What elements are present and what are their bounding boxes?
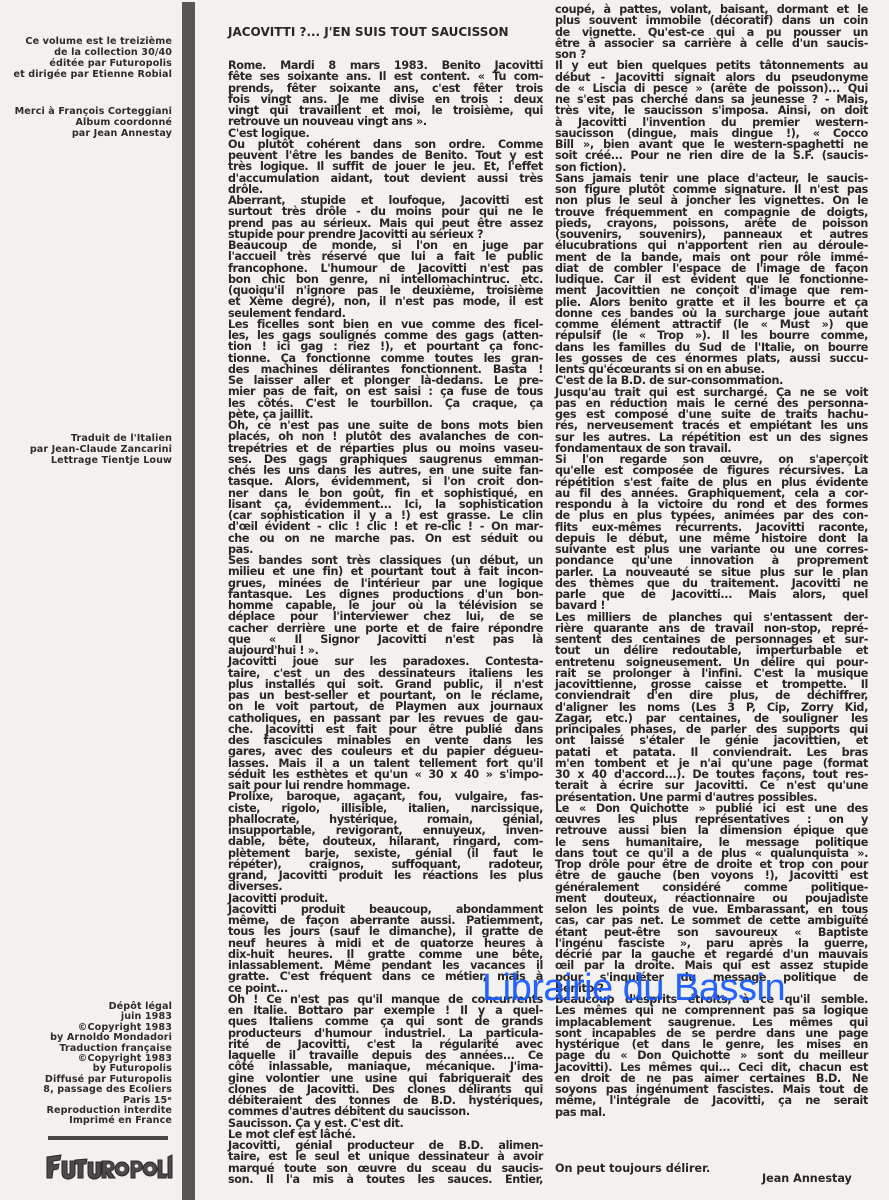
text-line: d'accumulation aidant, tout devient auss… (228, 173, 543, 184)
text-line: cas, car pas net. Le sommet de cette amb… (555, 915, 868, 926)
text-line: côté inlassable, maniaque, mécanique. J'… (228, 1061, 543, 1072)
text-line: bavard ! (555, 600, 868, 611)
text-line: être à associer sa carrière à celle d'un… (555, 38, 868, 49)
article-headline: JACOVITTI ?... J'EN SUIS TOUT SAUCISSON (228, 25, 509, 39)
text-line: terait à écrire sur Jacovitti. Ce n'est … (555, 780, 868, 791)
text-line: même, l'intégrale de Jacovitti, ça ne se… (555, 1095, 868, 1106)
text-line: retrouve un nouveau vingt ans ». (228, 116, 543, 127)
colophon-line: Imprimé en France (0, 1116, 172, 1126)
text-line: son. Il l'a mis à toutes les sauces. Ent… (228, 1174, 543, 1185)
text-line: ont laissé s'étaler le génie jacovittien… (555, 735, 868, 746)
text-line: surtout très drôle - du moins pour qui n… (228, 206, 543, 217)
vertical-rule (182, 2, 195, 1200)
author-signature: Jean Annestay (762, 1172, 852, 1185)
watermark: Librairie du Bassin (482, 968, 785, 1008)
text-line: conviendrait d'en dire plus, de déchiffr… (555, 690, 868, 701)
text-line: page du « Don Quichotte » sont du meille… (555, 1050, 868, 1061)
text-line: répulsif (le « Trop »). Il les bourre co… (555, 330, 868, 341)
colophon-line: par Jean-Claude Zancarini (0, 444, 172, 455)
text-line: C'est de la B.D. de sur-consommation. (555, 375, 868, 386)
text-line: milieu et une fin) et pourtant tout à fa… (228, 566, 543, 577)
credits-note: Merci à François Corteggiani Album coord… (0, 106, 172, 139)
colophon-line: et dirigée par Etienne Robial (0, 69, 172, 80)
text-line: l'accueil très réservé que lui a fait le… (228, 251, 543, 262)
text-line: d'œil évident - clic ! clic ! et re-clic… (228, 521, 543, 532)
colophon-line: Merci à François Corteggiani (0, 106, 172, 117)
text-line: diverses. (228, 881, 543, 892)
collection-note: Ce volume est le treizième de la collect… (0, 36, 172, 80)
text-line: déplace pour l'interviewer chez lui, de … (228, 611, 543, 622)
text-line: Prolixe, baroque, agaçant, fou, vulgaire… (228, 791, 543, 802)
text-line: retrouve aussi bien la dimension épique … (555, 825, 868, 836)
text-line: Il y eut bien quelques petits tâtonnemen… (555, 60, 868, 71)
colophon-line: Traduit de l'Italien (0, 433, 172, 444)
text-line: tout un délire redoutable, imperturbable… (555, 645, 868, 656)
closing-line: On peut toujours délirer. (555, 1162, 710, 1175)
text-line: très logique. Il suffit de jouer le jeu.… (228, 161, 543, 172)
text-line: che ou on ne marche pas. On est séduit o… (228, 533, 543, 544)
legal-note: Dépôt légal juin 1983 ©Copyright 1983 by… (0, 1002, 172, 1127)
text-line: dable, bête, douteux, hilarant, ringard,… (228, 836, 543, 847)
colophon-line: Album coordonné (0, 117, 172, 128)
text-line: pondance qu'une innovation à proprement (555, 555, 868, 566)
text-line: élucubrations qui n'apportent rien au dé… (555, 240, 868, 251)
article-column-2: coupé, à pattes, volant, baisant, dorman… (555, 4, 868, 1118)
logo-divider (48, 1136, 168, 1140)
document-page: Ce volume est le treizième de la collect… (0, 0, 889, 1200)
text-line: pas mal. (555, 1107, 868, 1118)
text-line: tasque. Alors, évidemment, si l'on croit… (228, 476, 543, 487)
text-line: commes d'autres débitent du saucisson. (228, 1106, 543, 1117)
colophon-line: éditée par Futuropolis (0, 58, 172, 69)
sidebar-colophon: Ce volume est le treizième de la collect… (0, 0, 172, 1200)
text-line: ment Jacovittien ne conçoit d'image que … (555, 285, 868, 296)
colophon-line: Ce volume est le treizième (0, 36, 172, 47)
colophon-line: par Jean Annestay (0, 128, 172, 139)
futuropolis-logo-icon (45, 1151, 173, 1181)
text-line: Jacovitti joue sur les paradoxes. Contes… (228, 656, 543, 667)
text-line: soit créé... Pour ne rien dire de la S.F… (555, 150, 868, 161)
text-line: très vite, le saucisson s'imposa. Ainsi,… (555, 105, 868, 116)
text-line: tous les jours (sauf le dimanche), il gr… (228, 926, 543, 937)
colophon-line: Lettrage Tientje Louw (0, 455, 172, 466)
text-line: tion ! ici gag : riez !), et pourtant ça… (228, 341, 543, 352)
text-line: fête ses soixante ans. Il est content. «… (228, 71, 543, 82)
translation-note: Traduit de l'Italien par Jean-Claude Zan… (0, 433, 172, 466)
text-line: placés, oh non ! plutôt des avalanches d… (228, 431, 543, 442)
text-line: non plus le seul à joncher les vignettes… (555, 195, 868, 206)
text-line: et Xème degré), non, il n'est pas mode, … (228, 296, 543, 307)
text-line: gares, avec des couleurs et du papier dé… (228, 746, 543, 757)
article-column-1: Rome. Mardi 8 mars 1983. Benito Jacovitt… (228, 60, 543, 1185)
text-line: rés, nerveusement tracés et empiétant le… (555, 420, 868, 431)
text-line: être de gauche (ben voyons !), Jacovitti… (555, 870, 868, 881)
text-line: ques Italiens comme ça qui sont de grand… (228, 1016, 543, 1027)
colophon-line: de la collection 30/40 (0, 47, 172, 58)
text-line: mier pas de fait, on est saisi : ça fuse… (228, 386, 543, 397)
text-line: qu'elle est composée de figures récursiv… (555, 465, 868, 476)
text-line: on le voit partout, de Playmen aux journ… (228, 701, 543, 712)
text-line: taire, est le seul et unique dessinateur… (228, 1151, 543, 1162)
text-line: de plus en plus typées, animées par des … (555, 510, 868, 521)
text-line: plus souvent immobile (décoratif) dans u… (555, 15, 868, 26)
